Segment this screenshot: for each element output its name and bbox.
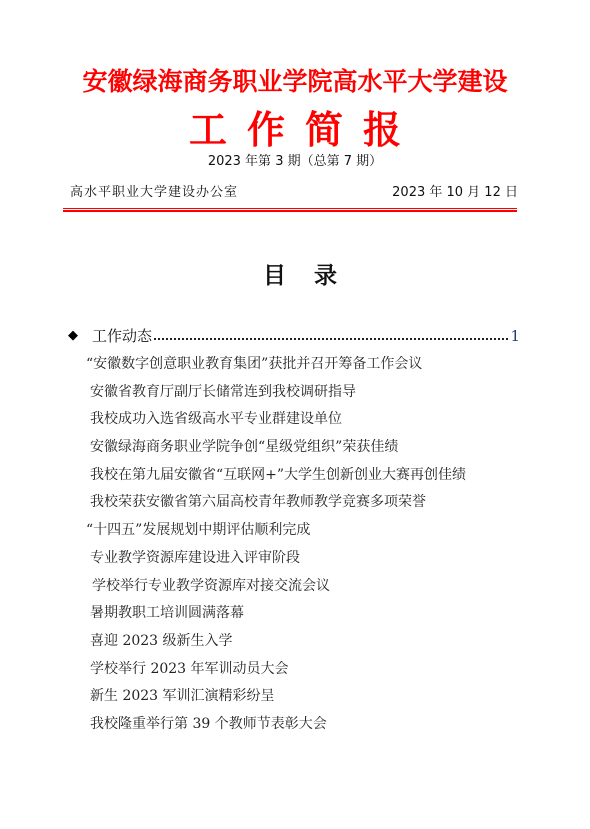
toc-item[interactable]: “安徽数字创意职业教育集团”获批并召开筹备工作会议 (86, 354, 530, 382)
toc-page-number: 1 (510, 325, 520, 347)
issuing-office: 高水平职业大学建设办公室 (70, 183, 238, 203)
toc-item[interactable]: 学校举行专业教学资源库对接交流会议 (92, 576, 530, 604)
toc-item-list: “安徽数字创意职业教育集团”获批并召开筹备工作会议 安徽省教育厅副厅长储常连到我… (90, 354, 530, 742)
toc-item[interactable]: 我校隆重举行第 39 个教师节表彰大会 (90, 714, 530, 742)
issue-date: 2023 年 10 月 12 日 (392, 183, 518, 203)
toc-section-work-news[interactable]: ◆ 工作动态 1 (68, 325, 520, 347)
toc-item[interactable]: “十四五”发展规划中期评估顺利完成 (86, 520, 530, 548)
toc-dot-leader (154, 338, 508, 340)
masthead-meta: 高水平职业大学建设办公室 2023 年 10 月 12 日 (70, 183, 518, 203)
toc-item[interactable]: 喜迎 2023 级新生入学 (90, 631, 530, 659)
toc-heading: 目录 (200, 260, 400, 292)
diamond-bullet-icon: ◆ (68, 325, 82, 347)
bulletin-title: 工作简报 (60, 106, 530, 154)
toc-item[interactable]: 安徽绿海商务职业学院争创“星级党组织”荣获佳绩 (90, 437, 530, 465)
toc-item[interactable]: 学校举行 2023 年军训动员大会 (90, 659, 530, 687)
toc-item[interactable]: 我校成功入选省级高水平专业群建设单位 (90, 409, 530, 437)
toc-section-label: 工作动态 (92, 325, 152, 347)
masthead-rule-thin (63, 208, 517, 209)
toc-item[interactable]: 新生 2023 军训汇演精彩纷呈 (90, 686, 530, 714)
toc-item[interactable]: 我校荣获安徽省第六届高校青年教师教学竞赛多项荣誉 (90, 492, 530, 520)
toc-item[interactable]: 安徽省教育厅副厅长储常连到我校调研指导 (90, 382, 530, 410)
organization-title: 安徽绿海商务职业学院高水平大学建设 (60, 66, 530, 98)
toc-item[interactable]: 我校在第九届安徽省“互联网+”大学生创新创业大赛再创佳绩 (90, 465, 530, 493)
toc-item[interactable]: 专业教学资源库建设进入评审阶段 (90, 548, 530, 576)
issue-number: 2023 年第 3 期（总第 7 期） (60, 152, 530, 172)
toc-item[interactable]: 暑期教职工培训圆满落幕 (90, 603, 530, 631)
document-page: 安徽绿海商务职业学院高水平大学建设 工作简报 2023 年第 3 期（总第 7 … (0, 0, 590, 829)
masthead-rule-thick (63, 210, 517, 212)
